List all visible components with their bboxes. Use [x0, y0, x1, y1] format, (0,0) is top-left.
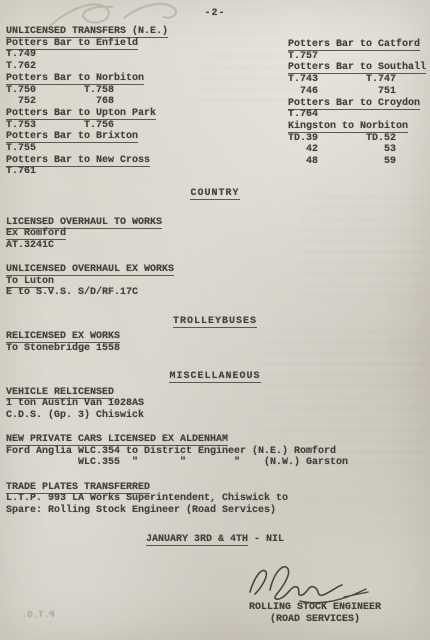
doc-line: Kingston to Norbiton	[288, 121, 428, 133]
doc-line-text: T.749	[6, 49, 36, 60]
doc-line-text: 752 768	[6, 96, 114, 107]
blank-line	[6, 469, 424, 482]
doc-line-text: Potters Bar to Croydon	[288, 98, 420, 110]
doc-line-text: T.753 T.756	[6, 120, 114, 131]
doc-line-text: 42 53	[288, 144, 396, 155]
signature-scrawl	[240, 556, 380, 606]
doc-line: T.753 T.756	[6, 120, 276, 132]
doc-line: T.755	[6, 143, 276, 155]
doc-line: To Luton	[6, 276, 424, 288]
blank-line	[6, 251, 424, 264]
doc-line-text: WLC.355 " " " (N.W.) Garston	[6, 457, 348, 468]
doc-line-text: RELICENSED EX WORKS	[6, 331, 120, 343]
doc-line-text: Potters Bar to Norbiton	[6, 73, 144, 85]
doc-line-text: T.764	[288, 109, 318, 120]
doc-line: Ex Romford	[6, 228, 424, 240]
doc-line: Potters Bar to Southall	[288, 62, 428, 74]
doc-line-text: L.T.P. 993 LA Works Superintendent, Chis…	[6, 493, 288, 504]
left-column: UNLICENSED TRANSFERS (N.E.)Potters Bar t…	[6, 26, 276, 178]
doc-line-text: 746 751	[288, 86, 396, 97]
doc-line-text: TD.39 TD.52	[288, 133, 396, 144]
doc-line-text: VEHICLE RELICENSED	[6, 387, 114, 399]
doc-line: To Stonebridge 1558	[6, 343, 424, 355]
doc-line-text: Ex Romford	[6, 228, 66, 240]
date-line-suffix: - NIL	[248, 534, 284, 545]
doc-line: E to S.V.S. S/D/RF.17C	[6, 287, 424, 299]
doc-line: Potters Bar to New Cross	[6, 155, 276, 167]
doc-line: L.T.P. 993 LA Works Superintendent, Chis…	[6, 493, 424, 505]
blank-line	[288, 26, 428, 39]
doc-line-text: T.757	[288, 51, 318, 62]
doc-line-text: UNLICENSED TRANSFERS (N.E.)	[6, 26, 168, 38]
doc-line: T.762	[6, 61, 276, 73]
blank-line	[6, 354, 424, 367]
doc-line: T.749	[6, 49, 276, 61]
doc-line: Potters Bar to Brixton	[6, 131, 276, 143]
doc-line: AT.3241C	[6, 240, 424, 252]
doc-line: 1 ton Austin Van 1028AS	[6, 398, 424, 410]
doc-line-text: 1 ton Austin Van 1028AS	[6, 398, 144, 409]
doc-line-text: Spare: Rolling Stock Engineer (Road Serv…	[6, 505, 276, 516]
doc-line: 42 53	[288, 144, 428, 156]
doc-line-text: To Luton	[6, 276, 54, 288]
doc-line: COUNTRY	[6, 188, 424, 200]
blank-line	[6, 299, 424, 312]
doc-line-text: T.743 T.747	[288, 74, 396, 85]
doc-line-text: LICENSED OVERHAUL TO WORKS	[6, 217, 162, 229]
doc-line: LICENSED OVERHAUL TO WORKS	[6, 217, 424, 229]
doc-line: 746 751	[288, 86, 428, 98]
doc-line-text: Potters Bar to New Cross	[6, 155, 150, 167]
doc-line: Potters Bar to Catford	[288, 39, 428, 51]
scanned-document-page: -2- UNLICENSED TRANSFERS (N.E.)Potters B…	[0, 0, 430, 640]
doc-line: VEHICLE RELICENSED	[6, 387, 424, 399]
doc-line-text: Potters Bar to Upton Park	[6, 108, 156, 120]
doc-line: RELICENSED EX WORKS	[6, 331, 424, 343]
doc-line-text: T.755	[6, 143, 36, 154]
doc-line-text: Potters Bar to Enfield	[6, 38, 138, 50]
doc-line: T.761	[6, 166, 276, 178]
doc-line: C.D.S. (Gp. 3) Chiswick	[6, 410, 424, 422]
bleed-through-pto: P.T.O.	[22, 610, 54, 620]
blank-line	[6, 421, 424, 434]
doc-line-text: MISCELLANEOUS	[169, 371, 260, 383]
doc-line: UNLICENSED TRANSFERS (N.E.)	[6, 26, 276, 38]
doc-line-text: T.761	[6, 166, 36, 177]
doc-line-text: Kingston to Norbiton	[288, 121, 408, 133]
doc-line: T.743 T.747	[288, 74, 428, 86]
doc-line-text: C.D.S. (Gp. 3) Chiswick	[6, 410, 144, 421]
date-line-underlined: JANUARY 3RD & 4TH	[146, 534, 248, 546]
right-column: Potters Bar to CatfordT.757Potters Bar t…	[288, 26, 428, 168]
doc-line: Potters Bar to Croydon	[288, 98, 428, 110]
date-line: JANUARY 3RD & 4TH - NIL	[0, 534, 430, 545]
doc-line: TD.39 TD.52	[288, 133, 428, 145]
page-number: -2-	[0, 8, 430, 19]
doc-line: TROLLEYBUSES	[6, 316, 424, 328]
doc-line: Spare: Rolling Stock Engineer (Road Serv…	[6, 505, 424, 517]
doc-line-text: E to S.V.S. S/D/RF.17C	[6, 287, 138, 298]
doc-line: Ford Anglia WLC.354 to District Engineer…	[6, 446, 424, 458]
doc-line-text: COUNTRY	[190, 188, 239, 200]
doc-line-text: TROLLEYBUSES	[173, 316, 257, 328]
doc-line: UNLICENSED OVERHAUL EX WORKS	[6, 264, 424, 276]
doc-line: Potters Bar to Enfield	[6, 38, 276, 50]
doc-line-text: 48 59	[288, 156, 396, 167]
doc-line: TRADE PLATES TRANSFERRED	[6, 482, 424, 494]
doc-line-text: Potters Bar to Brixton	[6, 131, 138, 143]
doc-line-text: Potters Bar to Catford	[288, 39, 420, 51]
doc-line-text: TRADE PLATES TRANSFERRED	[6, 482, 150, 494]
doc-line: 752 768	[6, 96, 276, 108]
doc-line-text: To Stonebridge 1558	[6, 343, 120, 354]
doc-line-text: UNLICENSED OVERHAUL EX WORKS	[6, 264, 174, 276]
blank-line	[6, 204, 424, 217]
doc-line-text: AT.3241C	[6, 240, 54, 251]
doc-line: WLC.355 " " " (N.W.) Garston	[6, 457, 424, 469]
body-sections: COUNTRYLICENSED OVERHAUL TO WORKSEx Romf…	[6, 184, 424, 516]
doc-line: Potters Bar to Norbiton	[6, 73, 276, 85]
doc-line: NEW PRIVATE CARS LICENSED EX ALDENHAM	[6, 434, 424, 446]
doc-line: T.757	[288, 51, 428, 63]
signature-title-line2: (ROAD SERVICES)	[230, 614, 400, 626]
doc-line-text: T.750 T.758	[6, 85, 114, 96]
doc-line-text: T.762	[6, 61, 36, 72]
doc-line-text: Potters Bar to Southall	[288, 62, 426, 74]
signature-title-line1: ROLLING STOCK ENGINEER	[230, 602, 400, 614]
doc-line-text: NEW PRIVATE CARS LICENSED EX ALDENHAM	[6, 434, 228, 446]
doc-line: T.764	[288, 109, 428, 121]
doc-line: Potters Bar to Upton Park	[6, 108, 276, 120]
doc-line: MISCELLANEOUS	[6, 371, 424, 383]
doc-line: 48 59	[288, 156, 428, 168]
doc-line: T.750 T.758	[6, 85, 276, 97]
doc-line-text: Ford Anglia WLC.354 to District Engineer…	[6, 446, 336, 457]
